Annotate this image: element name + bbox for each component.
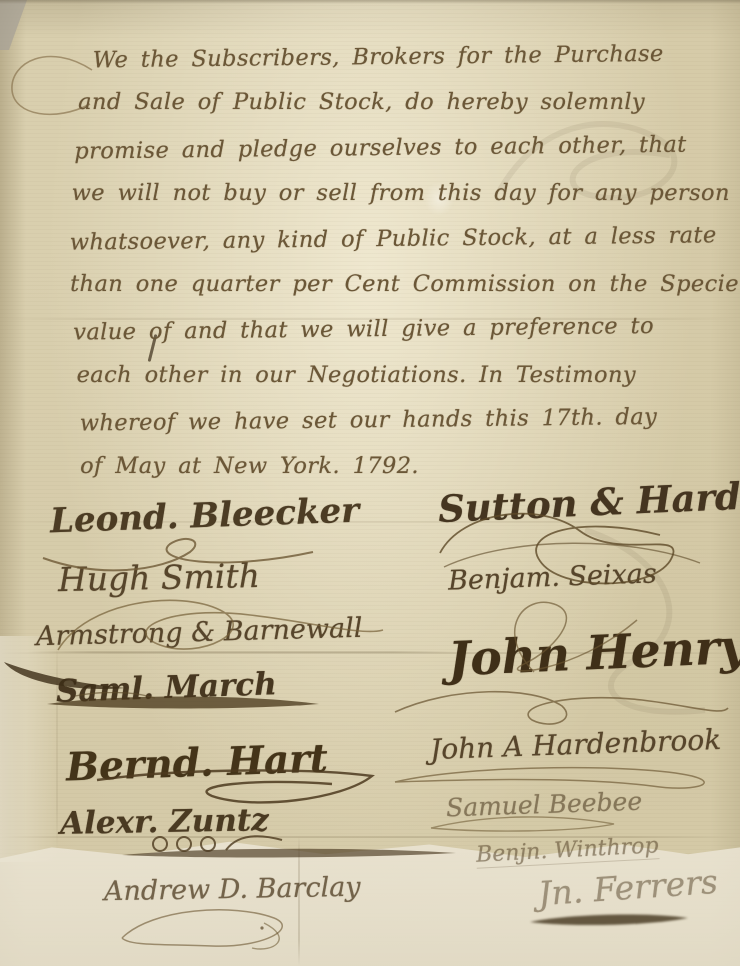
- manuscript-body: We the Subscribers, Brokers for the Purc…: [69, 42, 703, 499]
- signature: Hugh Smith: [58, 556, 261, 599]
- manuscript-line: whereof we have set our hands this 17th.…: [71, 404, 703, 457]
- manuscript-line: we will not buy or sell from this day fo…: [70, 180, 702, 225]
- paper-top-edge: [0, 0, 740, 4]
- signature: Bernd. Hart: [65, 735, 328, 790]
- document-scan: We the Subscribers, Brokers for the Purc…: [0, 0, 740, 966]
- paper-tear-strip: [0, 636, 58, 862]
- manuscript-line: We the Subscribers, Brokers for the Purc…: [69, 40, 701, 93]
- signature: Saml. March: [55, 666, 277, 710]
- manuscript-line: than one quarter per Cent Commission on …: [70, 271, 702, 316]
- manuscript-line: each other in our Negotiations. In Testi…: [71, 362, 703, 407]
- manuscript-line: value of and that we will give a prefere…: [70, 313, 702, 366]
- manuscript-line: promise and pledge ourselves to each oth…: [69, 131, 701, 184]
- signature: Alexr. Zuntz: [60, 802, 269, 842]
- manuscript-line: and Sale of Public Stock, do hereby sole…: [69, 89, 701, 134]
- signature: Andrew D. Barclay: [104, 872, 361, 907]
- manuscript-line: whatsoever, any kind of Public Stock, at…: [70, 222, 702, 275]
